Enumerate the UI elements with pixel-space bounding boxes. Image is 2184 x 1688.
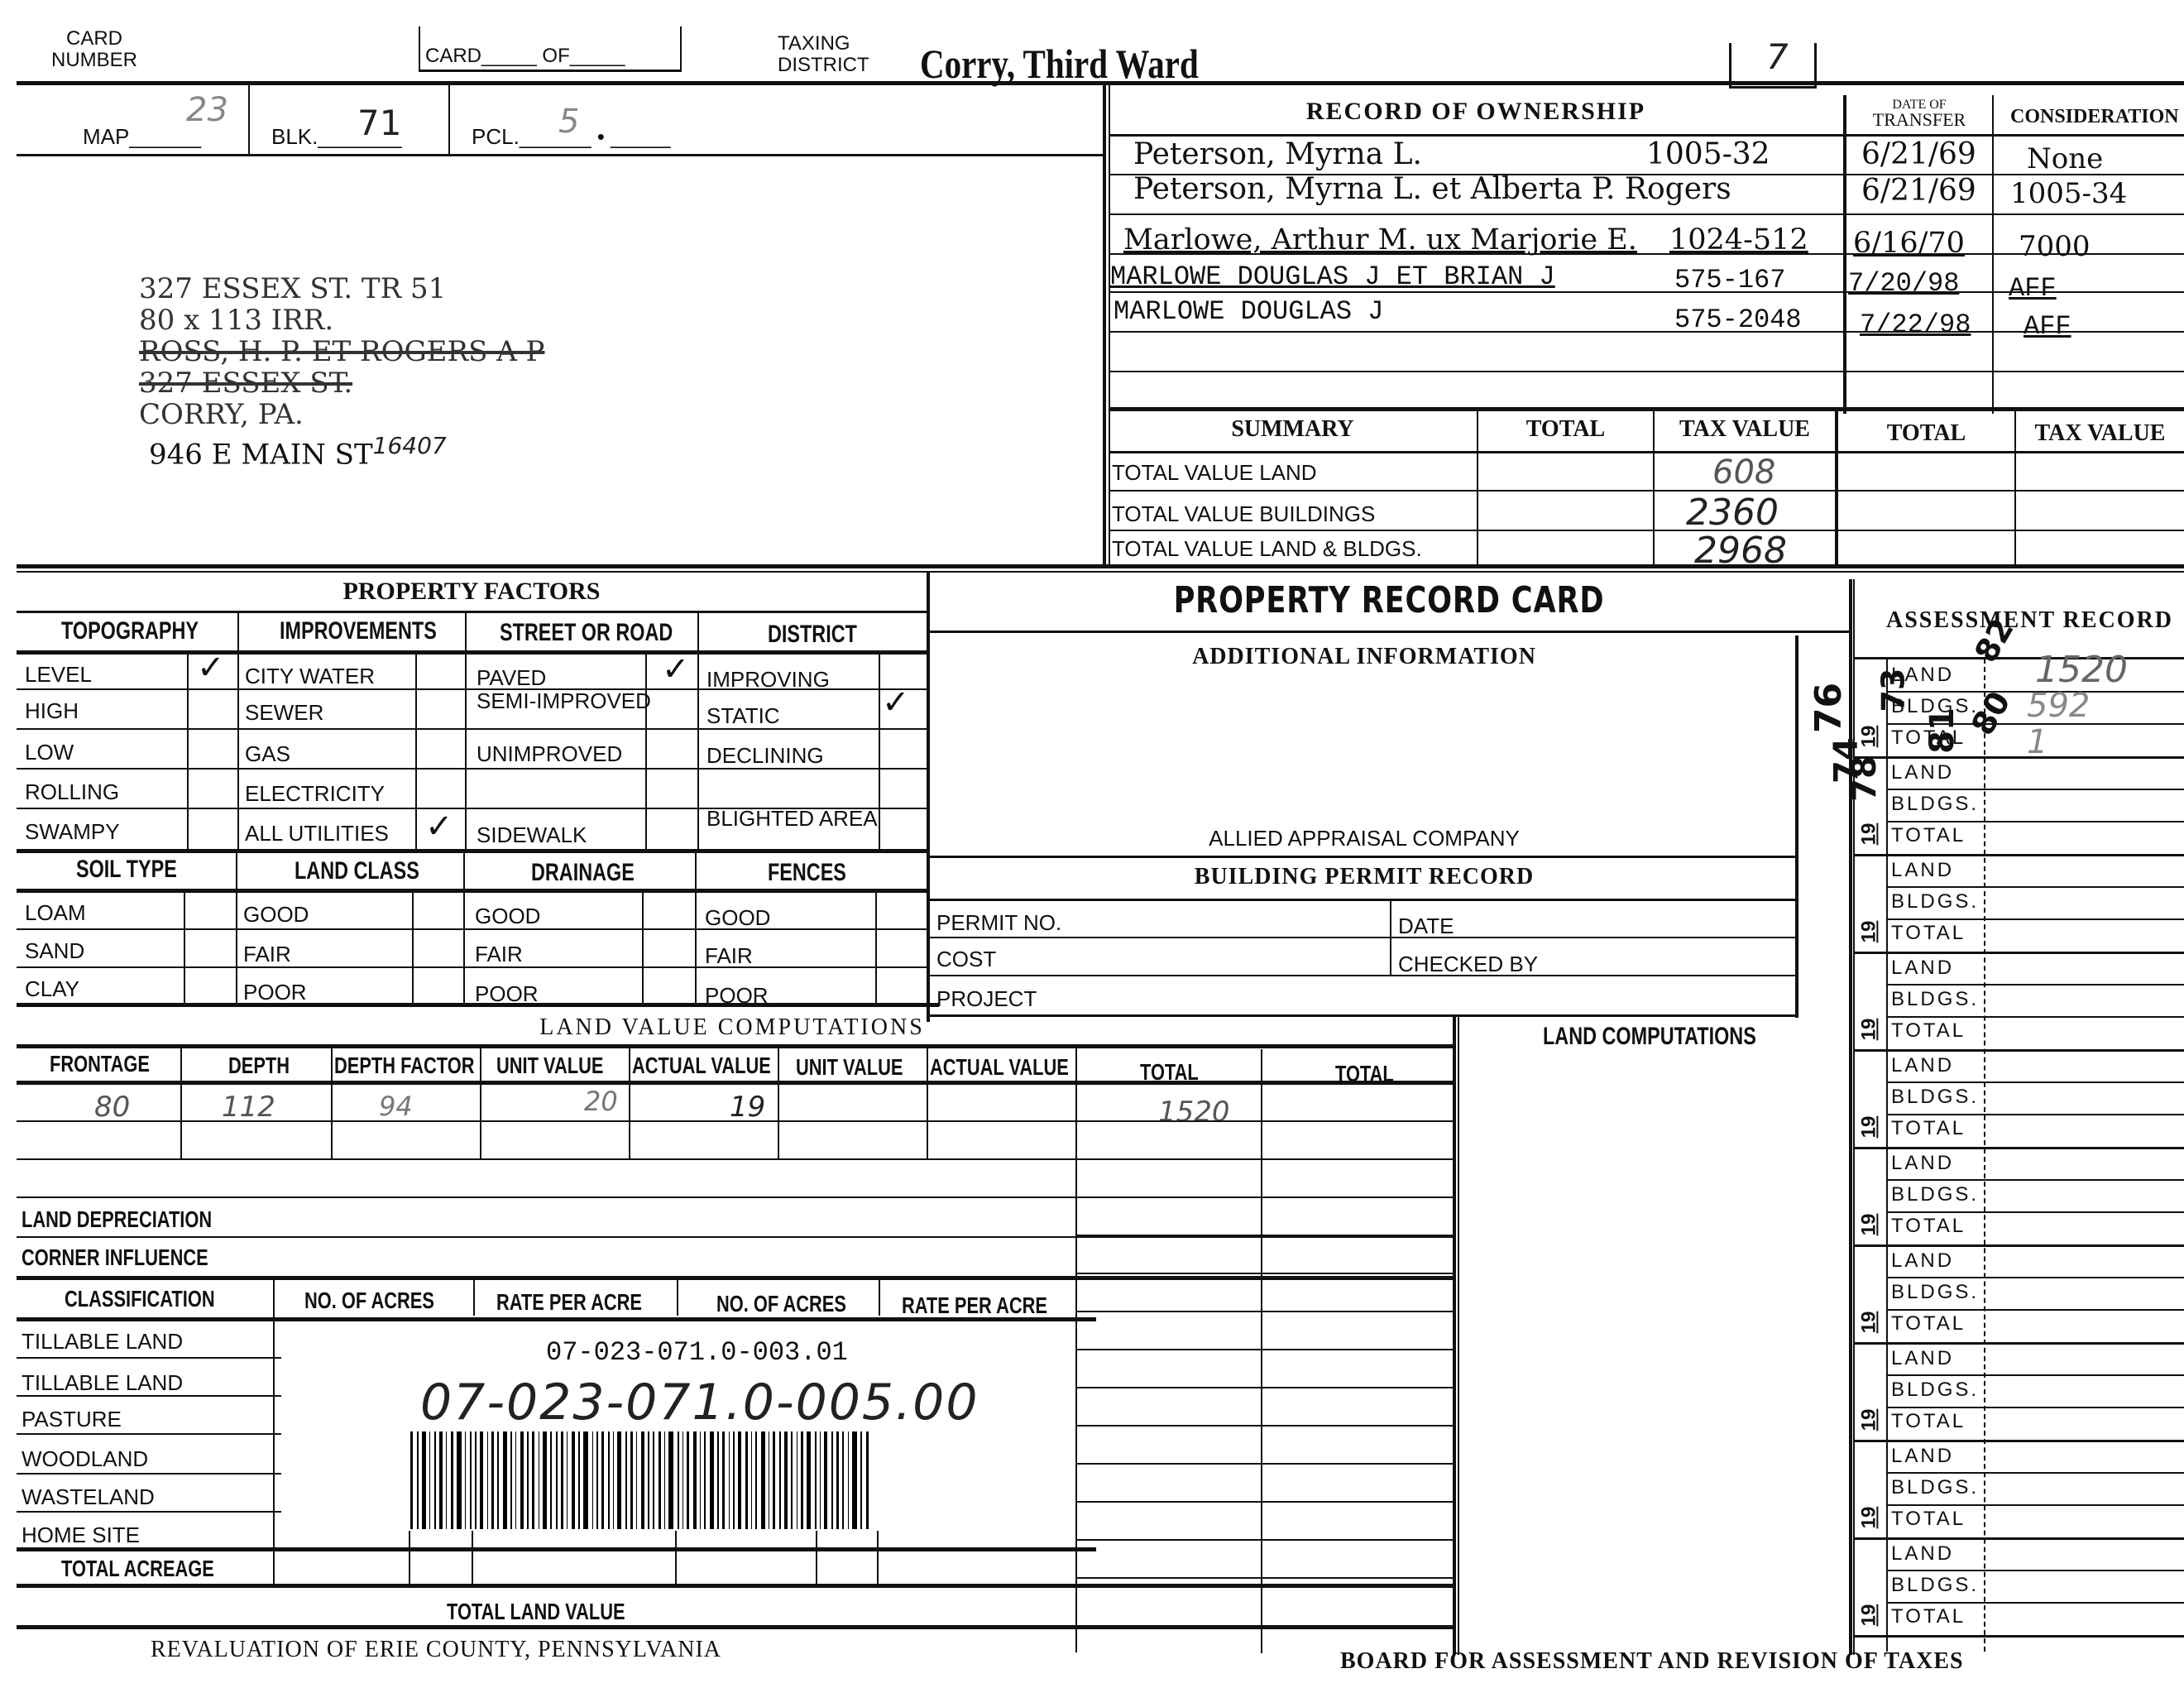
divider <box>1888 1081 2184 1083</box>
divider <box>17 1357 281 1359</box>
transfer-date: 7/22/98 <box>1860 309 1971 340</box>
assessment-bldgs-value: 592 <box>2027 687 2090 725</box>
divider <box>1888 918 2184 920</box>
year-prefix: 19 <box>1857 823 1880 846</box>
year-prefix: 19 <box>1857 1116 1880 1139</box>
drainage-option: GOOD <box>475 904 540 929</box>
check-mark-icon: ✓ <box>425 808 453 846</box>
divider <box>480 1044 481 1160</box>
barcode-bar <box>539 1431 539 1529</box>
divider <box>1109 331 2184 333</box>
summary-tax-value-header-2: TAX VALUE <box>2016 420 2184 447</box>
divider <box>1888 1114 2184 1115</box>
factor-option-electricity: ELECTRICITY <box>245 781 385 807</box>
divider <box>415 650 417 851</box>
soil-type-header: SOIL TYPE <box>76 856 177 884</box>
divider <box>237 611 239 851</box>
consideration: 7000 <box>2019 230 2091 263</box>
assessment-row-label: TOTAL <box>1891 1605 1966 1628</box>
divider <box>697 611 699 851</box>
barcode-bar <box>429 1431 430 1529</box>
divider <box>17 1433 281 1435</box>
barcode-bar <box>487 1431 488 1529</box>
factor-option-sidewalk: SIDEWALK <box>477 822 587 848</box>
divider <box>1886 659 1888 1652</box>
divider <box>1888 1179 2184 1181</box>
divider <box>928 937 1797 938</box>
land-computations-title: LAND COMPUTATIONS <box>1543 1023 1756 1051</box>
factor-option-static: STATIC <box>706 703 780 729</box>
barcode-bar <box>779 1431 781 1529</box>
map-value: 23 <box>186 91 228 129</box>
divider <box>17 1317 1096 1321</box>
divider <box>642 890 644 1003</box>
assessment-row-label: TOTAL <box>1891 1312 1966 1336</box>
divider <box>17 1044 1453 1048</box>
land-depreciation-label: LAND DEPRECIATION <box>22 1206 212 1233</box>
divider <box>17 849 927 853</box>
barcode-bar <box>842 1431 844 1529</box>
divider <box>1075 1158 1453 1160</box>
land-class-header: LAND CLASS <box>295 857 419 885</box>
divider <box>17 1081 1453 1085</box>
classification-header: CLASSIFICATION <box>65 1286 215 1312</box>
divider <box>1109 83 1110 567</box>
barcode-bar <box>755 1431 757 1529</box>
barcode-bar <box>848 1431 849 1529</box>
divider <box>1888 821 2184 822</box>
card-number-label: CARD NUMBER <box>51 28 137 71</box>
soil-option: LOAM <box>25 900 86 926</box>
assessment-row-label: LAND <box>1891 1152 1954 1175</box>
barcode-bar <box>470 1431 472 1529</box>
no-of-acres-header-2: NO. OF ACRES <box>716 1291 846 1317</box>
barcode-bar <box>729 1431 730 1529</box>
barcode-bar <box>773 1431 775 1529</box>
footer-right: BOARD FOR ASSESSMENT AND REVISION OF TAX… <box>1340 1648 1964 1675</box>
transfer-date: 6/21/69 <box>1861 174 1976 208</box>
classification-row-label: TILLABLE LAND <box>22 1329 183 1355</box>
divider <box>17 1395 281 1397</box>
barcode-bar <box>613 1431 614 1529</box>
divider <box>778 1044 779 1160</box>
fences-header: FENCES <box>768 859 846 887</box>
factor-option-swampy: SWAMPY <box>25 819 120 845</box>
divider <box>17 688 927 690</box>
divider <box>17 1584 1453 1588</box>
year-prefix: 19 <box>1857 1507 1880 1529</box>
total-land-value-label: TOTAL LAND VALUE <box>447 1599 625 1625</box>
barcode-bar <box>510 1431 512 1529</box>
consideration: AFF <box>2024 311 2071 342</box>
factor-option-high: HIGH <box>25 698 79 724</box>
barcode-bar <box>475 1431 477 1529</box>
factor-option-blighted-area: BLIGHTED AREA <box>706 809 872 827</box>
assessment-row-label: TOTAL <box>1891 1410 1966 1433</box>
street-or-road-header: STREET OR ROAD <box>500 619 673 647</box>
assessment-row-label: LAND <box>1891 761 1954 784</box>
divider <box>17 768 927 770</box>
barcode-bar <box>491 1431 494 1529</box>
checked-by-label: CHECKED BY <box>1398 952 1538 977</box>
divider <box>17 1547 1096 1551</box>
card-of-label: CARD_____ OF_____ <box>425 45 625 68</box>
divider <box>928 631 1851 633</box>
consideration: 1005-34 <box>2010 177 2127 210</box>
card-number-label-line2: NUMBER <box>51 50 137 71</box>
divider <box>1888 1472 2184 1474</box>
barcode-bar <box>820 1431 821 1529</box>
date-header-line2: TRANSFER <box>1846 113 1992 127</box>
map-label: MAP______ <box>83 124 201 150</box>
card-number-label-line1: CARD <box>51 28 137 50</box>
blk-value: 71 <box>357 103 401 143</box>
divider <box>248 83 250 156</box>
divider <box>409 1531 410 1584</box>
summary-row-label: TOTAL VALUE LAND & BLDGS. <box>1112 536 1422 562</box>
assessment-row-label: LAND <box>1891 957 1954 980</box>
barcode-bar <box>527 1431 529 1529</box>
parcel-id-handwritten: 07-023-071.0-005.00 <box>420 1374 979 1431</box>
divider <box>1795 635 1798 1018</box>
barcode-bar <box>745 1431 748 1529</box>
barcode-bar <box>710 1431 714 1529</box>
assessment-row-label: TOTAL <box>1891 1117 1966 1140</box>
divider <box>331 1044 333 1160</box>
summary-tax-value: 608 <box>1712 453 1775 492</box>
classification-row-label: WOODLAND <box>22 1446 148 1472</box>
divider <box>236 851 237 1003</box>
divider <box>187 650 189 851</box>
year-prefix: 19 <box>1857 1604 1880 1627</box>
assessment-row-label: TOTAL <box>1891 1019 1966 1043</box>
property-record-card-title: PROPERTY RECORD CARD <box>1022 579 1756 621</box>
assessment-row-label: LAND <box>1891 1542 1954 1566</box>
rate-per-acre-header-2: RATE PER ACRE <box>902 1292 1047 1319</box>
barcode-bar <box>807 1431 811 1529</box>
transfer-date: 7/20/98 <box>1848 268 1959 299</box>
divider <box>1853 1440 2184 1442</box>
divider <box>1853 756 2184 759</box>
barcode-bar <box>608 1431 610 1529</box>
land-value-computations-title: LAND VALUE COMPUTATIONS <box>17 1014 1448 1041</box>
unit-value-value: 20 <box>584 1086 618 1117</box>
barcode-bar <box>659 1431 661 1529</box>
barcode-bar <box>434 1431 436 1529</box>
barcode-bar <box>738 1431 741 1529</box>
divider <box>1853 1049 2184 1052</box>
divider <box>879 650 880 851</box>
factor-option-low: LOW <box>25 740 74 765</box>
additional-information-title: ADDITIONAL INFORMATION <box>930 644 1798 670</box>
divider <box>645 650 647 851</box>
divider <box>1109 134 2184 137</box>
drainage-option: FAIR <box>475 942 523 967</box>
divider <box>879 1276 880 1316</box>
divider <box>448 83 450 156</box>
assessment-row-label: BLDGS. <box>1891 988 1979 1011</box>
factor-option-city-water: CITY WATER <box>245 664 375 689</box>
barcode-bar <box>836 1431 839 1529</box>
barcode-bar <box>866 1431 869 1529</box>
soil-option: SAND <box>25 938 84 964</box>
divider <box>17 1276 1453 1280</box>
divider <box>1458 1014 1459 1655</box>
no-of-acres-header: NO. OF ACRES <box>304 1288 434 1314</box>
stamped-year: 76 <box>1808 683 1850 733</box>
summary-tax-value: 2360 <box>1686 492 1779 534</box>
barcode-bar <box>410 1431 413 1529</box>
transfer-date: 6/16/70 <box>1853 227 1965 260</box>
barcode-bar <box>653 1431 654 1529</box>
barcode-bar <box>532 1431 534 1529</box>
year-prefix: 19 <box>1857 1312 1880 1334</box>
barcode-bar <box>578 1431 580 1529</box>
divider <box>877 1531 879 1584</box>
corner-influence-label: CORNER INFLUENCE <box>22 1244 208 1271</box>
divider <box>928 975 1797 976</box>
assessment-land-value: 1520 <box>2035 649 2128 691</box>
frontage-value: 80 <box>94 1091 130 1124</box>
boxed-number-value: 7 <box>1766 36 1789 77</box>
barcode-bar <box>687 1431 689 1529</box>
barcode-bar <box>446 1431 447 1529</box>
permit-cost-label: COST <box>936 947 996 972</box>
factor-option-declining: DECLINING <box>706 743 824 769</box>
divider <box>17 650 927 655</box>
owner-name: MARLOWE DOUGLAS J ET BRIAN J <box>1110 261 1555 292</box>
owner-name: Peterson, Myrna L. <box>1133 137 1422 171</box>
divider <box>184 890 185 1003</box>
assessment-row-label: TOTAL <box>1891 824 1966 847</box>
deed-ref: 1005-32 <box>1646 137 1770 171</box>
handwritten-zip: 16407 <box>373 432 447 459</box>
divider <box>1888 1504 2184 1506</box>
barcode-bar <box>417 1431 419 1529</box>
depth-factor-value: 94 <box>379 1091 413 1122</box>
summary-title: SUMMARY <box>1109 416 1477 443</box>
land-class-option: GOOD <box>243 902 309 928</box>
factor-option-unimproved: UNIMPROVED <box>477 741 622 767</box>
divider <box>1888 1602 2184 1604</box>
divider <box>1109 253 2184 255</box>
footer-left: REVALUATION OF ERIE COUNTY, PENNSYLVANIA <box>151 1637 721 1663</box>
divider <box>1075 1539 1453 1541</box>
divider <box>17 928 927 930</box>
fences-option: FAIR <box>705 943 753 969</box>
divider <box>17 1511 281 1513</box>
barcode-bar <box>465 1431 466 1529</box>
assessment-row-label: BLDGS. <box>1891 1379 1979 1402</box>
barcode-bar <box>852 1431 857 1529</box>
summary-row-label: TOTAL VALUE LAND <box>1112 460 1317 486</box>
divider <box>17 966 927 968</box>
divider <box>1453 1014 1456 1655</box>
divider <box>273 1276 275 1584</box>
divider <box>695 851 697 1003</box>
barcode-bar <box>678 1431 679 1529</box>
stamped-year: 78 <box>1846 755 1884 802</box>
barcode-bar <box>422 1431 426 1529</box>
barcode-bar <box>636 1431 637 1529</box>
address-line: CORRY, PA. <box>139 399 544 430</box>
barcode-bar <box>860 1431 862 1529</box>
divider <box>473 1276 475 1316</box>
address-line: 327 ESSEX ST. TR 51 <box>139 273 544 305</box>
divider <box>1075 1235 1453 1236</box>
divider <box>17 889 927 893</box>
barcode-bar <box>704 1431 706 1529</box>
divider <box>1853 1244 2184 1247</box>
transfer-date: 6/21/69 <box>1861 137 1976 171</box>
taxing-district-label: TAXING DISTRICT <box>778 33 869 76</box>
barcode-bar <box>556 1431 558 1529</box>
divider <box>1888 1570 2184 1571</box>
section-divider <box>17 564 2184 568</box>
divider <box>1853 1635 2184 1638</box>
stamped-year: 80 <box>1964 685 2018 741</box>
divider <box>1075 1387 1453 1388</box>
assessment-row-label: LAND <box>1891 859 1954 882</box>
divider <box>17 1625 1453 1629</box>
divider <box>1109 407 2184 411</box>
barcode-bar <box>592 1431 593 1529</box>
divider <box>180 1044 182 1160</box>
factor-option-semi-improved-text: SEMI-IMPROVED <box>477 692 642 710</box>
date-of-transfer-header: DATE OF TRANSFER <box>1846 98 1992 127</box>
factor-option-level: LEVEL <box>25 662 92 688</box>
barcode-bar <box>733 1431 735 1529</box>
barcode-bar <box>543 1431 547 1529</box>
appraisal-company: ALLIED APPRAISAL COMPANY <box>930 826 1798 851</box>
summary-total-header-2: TOTAL <box>1838 420 2014 447</box>
stamped-year: 81 <box>1923 707 1961 754</box>
divider <box>1109 490 2184 492</box>
divider <box>1075 1273 1453 1274</box>
pcl-label-text: PCL. <box>472 124 520 149</box>
divider <box>1888 1211 2184 1213</box>
header-divider <box>17 81 2184 85</box>
barcode-bar <box>824 1431 827 1529</box>
summary-total-header: TOTAL <box>1478 416 1653 443</box>
factor-option-semi-improved: SEMI-IMPROVED <box>477 692 650 710</box>
divider <box>1109 371 2184 372</box>
divider <box>1888 1277 2184 1278</box>
barcode-bar <box>503 1431 507 1529</box>
fences-option: GOOD <box>705 905 770 931</box>
depth-factor-header: DEPTH FACTOR <box>334 1053 474 1079</box>
total-value: 1520 <box>1158 1096 1230 1129</box>
consideration: None <box>2027 142 2103 175</box>
parcel-id-typed: 07-023-071.0-003.01 <box>546 1337 848 1368</box>
ownership-title: RECORD OF OWNERSHIP <box>1109 98 1843 126</box>
summary-row-label: TOTAL VALUE BUILDINGS <box>1112 501 1375 527</box>
barcode-bar <box>497 1431 499 1529</box>
divider <box>17 1473 281 1475</box>
divider <box>1075 1196 1453 1198</box>
divider <box>1853 1147 2184 1149</box>
depth-value: 112 <box>222 1091 275 1124</box>
divider <box>412 890 414 1003</box>
classification-row-label: TILLABLE LAND <box>22 1370 183 1396</box>
barcode-bar <box>561 1431 563 1529</box>
divider <box>629 1044 630 1160</box>
rate-per-acre-header: RATE PER ACRE <box>496 1289 642 1316</box>
divider <box>1888 1309 2184 1311</box>
assessment-row-label: BLDGS. <box>1891 1183 1979 1206</box>
address-line-current-text: 946 E MAIN ST <box>149 438 373 471</box>
assessment-total-value: 1 <box>2027 723 2047 761</box>
drainage-header: DRAINAGE <box>531 859 635 887</box>
divider <box>1853 657 2184 659</box>
divider <box>1109 530 2184 531</box>
divider <box>875 890 877 1003</box>
assessment-row-label: TOTAL <box>1891 922 1966 945</box>
owner-name: Peterson, Myrna L. et Alberta P. Rogers <box>1133 172 1731 206</box>
barcode-bar <box>567 1431 568 1529</box>
factor-option-gas: GAS <box>245 741 290 767</box>
property-factors-title: PROPERTY FACTORS <box>17 578 927 606</box>
divider <box>1109 291 2184 293</box>
map-label-text: MAP <box>83 124 129 149</box>
assessment-row-label: BLDGS. <box>1891 1574 1979 1597</box>
divider <box>463 851 465 1003</box>
divider <box>1075 1120 1453 1122</box>
factor-option-paved: PAVED <box>477 665 546 691</box>
barcode-bar <box>583 1431 588 1529</box>
divider <box>1075 1349 1453 1350</box>
barcode-bar <box>641 1431 644 1529</box>
divider <box>1888 1016 2184 1018</box>
assessment-record-title: ASSESSMENT RECORD <box>1886 607 2173 634</box>
divider <box>928 899 1797 901</box>
divider <box>675 1531 677 1584</box>
divider <box>1075 1276 1077 1316</box>
address-line-struck: ROSS, H. P. ET ROGERS A P <box>139 336 544 367</box>
topography-header: TOPOGRAPHY <box>61 617 199 645</box>
barcode-bar <box>682 1431 683 1529</box>
unit-value-header-2: UNIT VALUE <box>796 1054 903 1081</box>
divider <box>1075 1311 1453 1312</box>
assessment-row-label: BLDGS. <box>1891 1476 1979 1499</box>
divider <box>1075 1425 1453 1427</box>
barcode-bar <box>700 1431 701 1529</box>
address-line: 80 x 113 IRR. <box>139 305 544 336</box>
divider <box>1075 1577 1453 1579</box>
barcode-bar <box>815 1431 817 1529</box>
barcode-bar <box>831 1431 833 1529</box>
barcode-bar <box>617 1431 621 1529</box>
barcode-bar <box>439 1431 443 1529</box>
taxing-district-label-line2: DISTRICT <box>778 55 869 76</box>
assessment-row-label: LAND <box>1891 1054 1954 1077</box>
consideration: AFF <box>2009 273 2057 304</box>
factor-option-blighted-area-text: BLIGHTED AREA <box>706 806 878 831</box>
address-line-current: 946 E MAIN ST16407 <box>139 430 544 470</box>
barcode <box>410 1431 1072 1529</box>
divider <box>816 1531 817 1584</box>
barcode-bar <box>520 1431 524 1529</box>
taxing-district-label-line1: TAXING <box>778 33 869 55</box>
actual-value-header-2: ACTUAL VALUE <box>930 1054 1069 1081</box>
land-class-option: POOR <box>243 980 307 1005</box>
barcode-bar <box>784 1431 788 1529</box>
divider <box>1888 789 2184 790</box>
owner-name: Marlowe, Arthur M. ux Marjorie E. <box>1123 223 1637 257</box>
project-label: PROJECT <box>936 986 1037 1012</box>
divider <box>677 1276 678 1316</box>
assessment-row-label: BLDGS. <box>1891 890 1979 914</box>
